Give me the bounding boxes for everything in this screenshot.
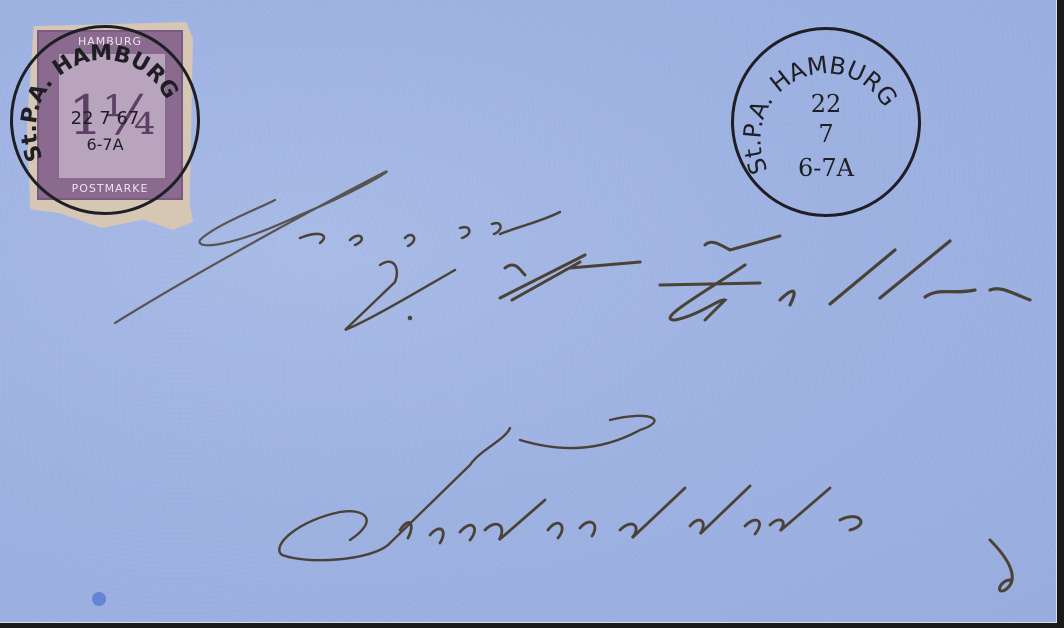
- ink-spot: [92, 592, 106, 606]
- envelope-cover: HAMBURG 1¼ POSTMARKE St.P.A. HAMBURG 22 …: [0, 0, 1057, 623]
- handwritten-address: [0, 0, 1056, 622]
